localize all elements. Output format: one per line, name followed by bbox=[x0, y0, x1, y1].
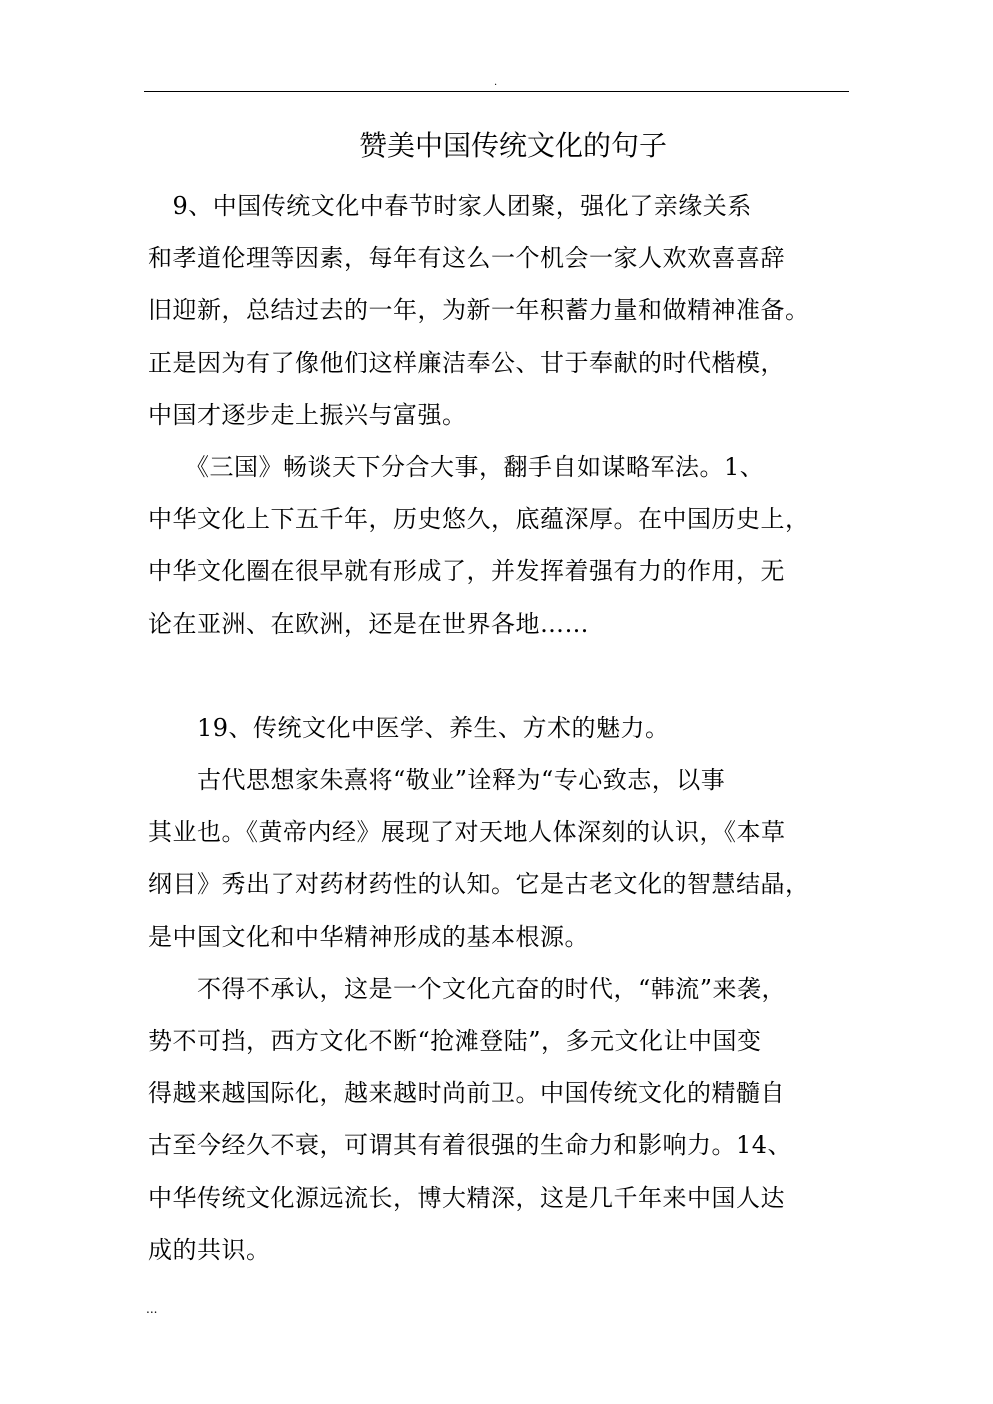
text-line: 古代思想家朱熹将“敬业”诠释为“专心致志，以事 bbox=[148, 754, 860, 806]
footer-mark: ... bbox=[146, 1302, 157, 1316]
header-divider bbox=[144, 91, 849, 92]
text-line: 和孝道伦理等因素，每年有这么一个机会一家人欢欢喜喜辞 bbox=[148, 232, 860, 284]
paragraph-5: 不得不承认，这是一个文化亢奋的时代，“韩流”来袭， 势不可挡，西方文化不断“抢滩… bbox=[148, 963, 860, 1276]
text-line: 其业也。《黄帝内经》展现了对天地人体深刻的认识，《本草 bbox=[148, 806, 860, 858]
text-line: 成的共识。 bbox=[148, 1224, 860, 1276]
text-line: 9、中国传统文化中春节时家人团聚，强化了亲缘关系 bbox=[148, 180, 860, 232]
text-line: 正是因为有了像他们这样廉洁奉公、甘于奉献的时代楷模， bbox=[148, 337, 860, 389]
paragraph-spacer bbox=[148, 650, 860, 702]
text-line: 古至今经久不衰，可谓其有着很强的生命力和影响力。14、 bbox=[148, 1119, 860, 1171]
text-line: 中华传统文化源远流长，博大精深，这是几千年来中国人达 bbox=[148, 1172, 860, 1224]
paragraph-4: 古代思想家朱熹将“敬业”诠释为“专心致志，以事 其业也。《黄帝内经》展现了对天地… bbox=[148, 754, 860, 963]
text-line: 中华文化上下五千年，历史悠久，底蕴深厚。在中国历史上， bbox=[148, 493, 860, 545]
header-mark: . bbox=[494, 78, 497, 88]
text-line: 得越来越国际化，越来越时尚前卫。中国传统文化的精髓自 bbox=[148, 1067, 860, 1119]
paragraph-3: 19、传统文化中医学、养生、方术的魅力。 bbox=[148, 702, 860, 754]
text-line: 中国才逐步走上振兴与富强。 bbox=[148, 389, 860, 441]
text-line: 纲目》秀出了对药材药性的认知。它是古老文化的智慧结晶， bbox=[148, 858, 860, 910]
text-line: 中华文化圈在很早就有形成了，并发挥着强有力的作用，无 bbox=[148, 545, 860, 597]
document-title: 赞美中国传统文化的句子 bbox=[0, 128, 993, 164]
document-body: 9、中国传统文化中春节时家人团聚，强化了亲缘关系 和孝道伦理等因素，每年有这么一… bbox=[148, 180, 860, 1276]
text-line: 旧迎新，总结过去的一年，为新一年积蓄力量和做精神准备。 bbox=[148, 284, 860, 336]
paragraph-2: 《三国》畅谈天下分合大事，翻手自如谋略军法。1、 中华文化上下五千年，历史悠久，… bbox=[148, 441, 860, 650]
text-line: 是中国文化和中华精神形成的基本根源。 bbox=[148, 911, 860, 963]
text-line: 不得不承认，这是一个文化亢奋的时代，“韩流”来袭， bbox=[148, 963, 860, 1015]
text-line: 论在亚洲、在欧洲，还是在世界各地…… bbox=[148, 598, 860, 650]
paragraph-1: 9、中国传统文化中春节时家人团聚，强化了亲缘关系 和孝道伦理等因素，每年有这么一… bbox=[148, 180, 860, 441]
text-line: 《三国》畅谈天下分合大事，翻手自如谋略军法。1、 bbox=[148, 441, 860, 493]
text-line: 19、传统文化中医学、养生、方术的魅力。 bbox=[148, 702, 860, 754]
text-line: 势不可挡，西方文化不断“抢滩登陆”，多元文化让中国变 bbox=[148, 1015, 860, 1067]
